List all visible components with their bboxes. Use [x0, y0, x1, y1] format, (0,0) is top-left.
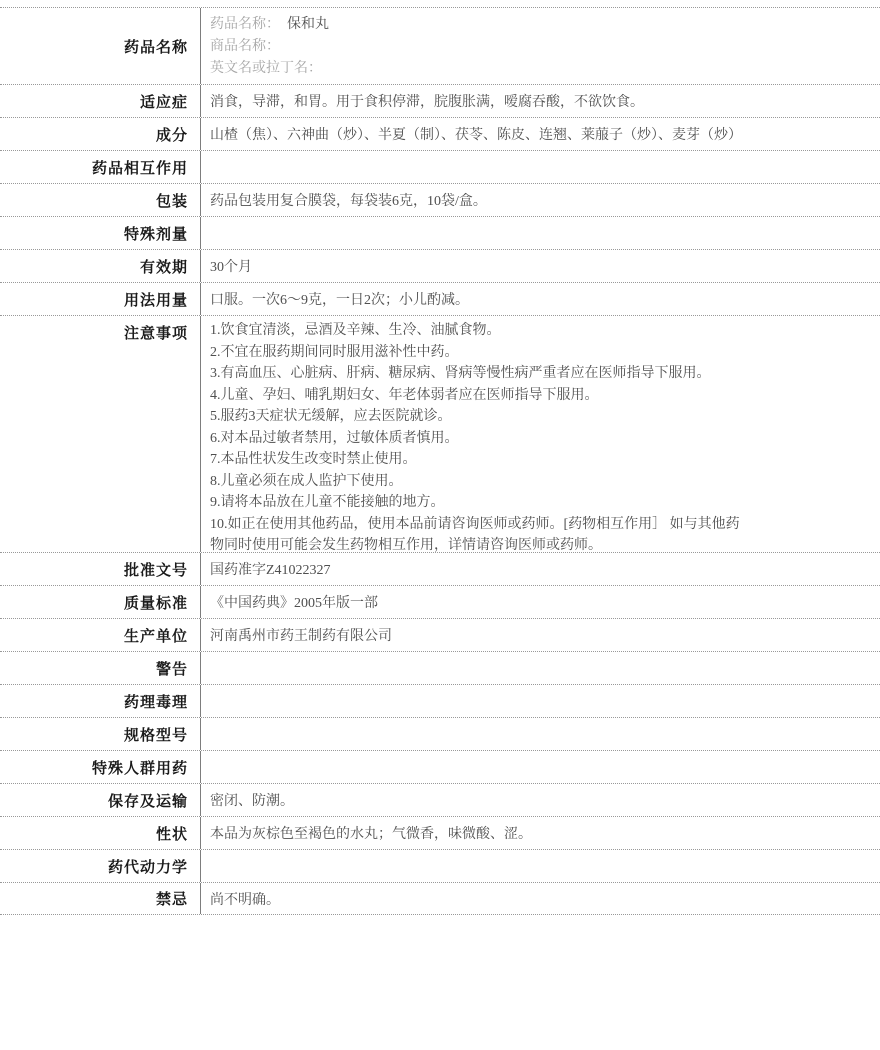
row-label: 用法用量	[0, 283, 201, 315]
row-drug-name: 药品名称 药品名称：保和丸 商品名称： 英文名或拉丁名：	[0, 7, 880, 84]
row-content: 国药准字Z41022327	[201, 553, 880, 585]
row-pharmacology-toxicology: 药理毒理	[0, 684, 880, 717]
row-label: 药品名称	[0, 8, 201, 84]
precaution-item: 6.对本品过敏者禁用，过敏体质者慎用。	[210, 428, 870, 450]
row-content: 本品为灰棕色至褐色的水丸；气微香，味微酸、涩。	[201, 817, 880, 849]
row-content: 密闭、防潮。	[201, 784, 880, 816]
row-precautions: 注意事项 1.饮食宜清淡，忌酒及辛辣、生冷、油腻食物。 2.不宜在服药期间同时服…	[0, 315, 880, 552]
row-label: 注意事项	[0, 316, 201, 552]
row-content	[201, 718, 880, 750]
row-label: 规格型号	[0, 718, 201, 750]
row-label: 保存及运输	[0, 784, 201, 816]
field-key: 药品名称：	[210, 17, 280, 32]
precautions-content: 1.饮食宜清淡，忌酒及辛辣、生冷、油腻食物。 2.不宜在服药期间同时服用滋补性中…	[201, 316, 880, 552]
latin-name-field: 英文名或拉丁名：	[210, 58, 870, 80]
row-label: 禁忌	[0, 883, 201, 914]
row-description: 性状 本品为灰棕色至褐色的水丸；气微香，味微酸、涩。	[0, 816, 880, 849]
drug-name-content: 药品名称：保和丸 商品名称： 英文名或拉丁名：	[201, 8, 880, 84]
row-content: 消食，导滞，和胃。用于食积停滞，脘腹胀满，嗳腐吞酸，不欲饮食。	[201, 85, 880, 117]
row-special-dosage: 特殊剂量	[0, 216, 880, 249]
precaution-item: 10.如正在使用其他药品，使用本品前请咨询医师或药师。[药物相互作用］ 如与其他…	[210, 514, 870, 536]
row-shelf-life: 有效期 30个月	[0, 249, 880, 282]
row-indications: 适应症 消食，导滞，和胃。用于食积停滞，脘腹胀满，嗳腐吞酸，不欲饮食。	[0, 84, 880, 117]
row-packaging: 包装 药品包装用复合膜袋，每袋装6克，10袋/盒。	[0, 183, 880, 216]
row-pharmacokinetics: 药代动力学	[0, 849, 880, 882]
row-contraindications: 禁忌 尚不明确。	[0, 882, 880, 915]
row-content: 《中国药典》2005年版一部	[201, 586, 880, 618]
row-label: 药理毒理	[0, 685, 201, 717]
row-label: 成分	[0, 118, 201, 150]
row-content	[201, 217, 880, 249]
row-label: 特殊剂量	[0, 217, 201, 249]
row-content	[201, 652, 880, 684]
row-label: 警告	[0, 652, 201, 684]
row-label: 质量标准	[0, 586, 201, 618]
row-content: 河南禹州市药王制药有限公司	[201, 619, 880, 651]
row-warning: 警告	[0, 651, 880, 684]
field-key: 英文名或拉丁名：	[210, 61, 322, 76]
row-approval-number: 批准文号 国药准字Z41022327	[0, 552, 880, 585]
row-special-populations: 特殊人群用药	[0, 750, 880, 783]
field-key: 商品名称：	[210, 39, 280, 54]
trade-name-field: 商品名称：	[210, 36, 870, 58]
precaution-item: 1.饮食宜清淡，忌酒及辛辣、生冷、油腻食物。	[210, 320, 870, 342]
row-dosage-usage: 用法用量 口服。一次6～9克，一日2次；小儿酌减。	[0, 282, 880, 315]
precaution-item: 4.儿童、孕妇、哺乳期妇女、年老体弱者应在医师指导下服用。	[210, 385, 870, 407]
precaution-item: 9.请将本品放在儿童不能接触的地方。	[210, 492, 870, 514]
row-label: 药品相互作用	[0, 151, 201, 183]
row-content	[201, 751, 880, 783]
drug-info-table: 药品名称 药品名称：保和丸 商品名称： 英文名或拉丁名： 适应症 消食，导滞，和…	[0, 7, 880, 915]
row-label: 性状	[0, 817, 201, 849]
row-content: 30个月	[201, 250, 880, 282]
row-label: 适应症	[0, 85, 201, 117]
precaution-item: 3.有高血压、心脏病、肝病、糖尿病、肾病等慢性病严重者应在医师指导下服用。	[210, 363, 870, 385]
precaution-item: 7.本品性状发生改变时禁止使用。	[210, 449, 870, 471]
row-content	[201, 685, 880, 717]
row-label: 有效期	[0, 250, 201, 282]
precaution-item: 5.服药3天症状无缓解，应去医院就诊。	[210, 406, 870, 428]
row-ingredients: 成分 山楂（焦）、六神曲（炒）、半夏（制）、茯苓、陈皮、连翘、莱菔子（炒）、麦芽…	[0, 117, 880, 150]
row-content: 山楂（焦）、六神曲（炒）、半夏（制）、茯苓、陈皮、连翘、莱菔子（炒）、麦芽（炒）	[201, 118, 880, 150]
row-label: 批准文号	[0, 553, 201, 585]
row-quality-standard: 质量标准 《中国药典》2005年版一部	[0, 585, 880, 618]
row-drug-interactions: 药品相互作用	[0, 150, 880, 183]
precaution-item: 2.不宜在服药期间同时服用滋补性中药。	[210, 342, 870, 364]
row-content	[201, 151, 880, 183]
row-label: 生产单位	[0, 619, 201, 651]
row-storage-transport: 保存及运输 密闭、防潮。	[0, 783, 880, 816]
row-specification: 规格型号	[0, 717, 880, 750]
precaution-item: 8.儿童必须在成人监护下使用。	[210, 471, 870, 493]
row-label: 药代动力学	[0, 850, 201, 882]
row-manufacturer: 生产单位 河南禹州市药王制药有限公司	[0, 618, 880, 651]
row-label: 特殊人群用药	[0, 751, 201, 783]
row-label: 包装	[0, 184, 201, 216]
row-content	[201, 850, 880, 882]
drug-name-field: 药品名称：保和丸	[210, 14, 870, 36]
field-value: 保和丸	[287, 17, 329, 32]
row-content: 口服。一次6～9克，一日2次；小儿酌减。	[201, 283, 880, 315]
row-content: 尚不明确。	[201, 883, 880, 914]
row-content: 药品包装用复合膜袋，每袋装6克，10袋/盒。	[201, 184, 880, 216]
